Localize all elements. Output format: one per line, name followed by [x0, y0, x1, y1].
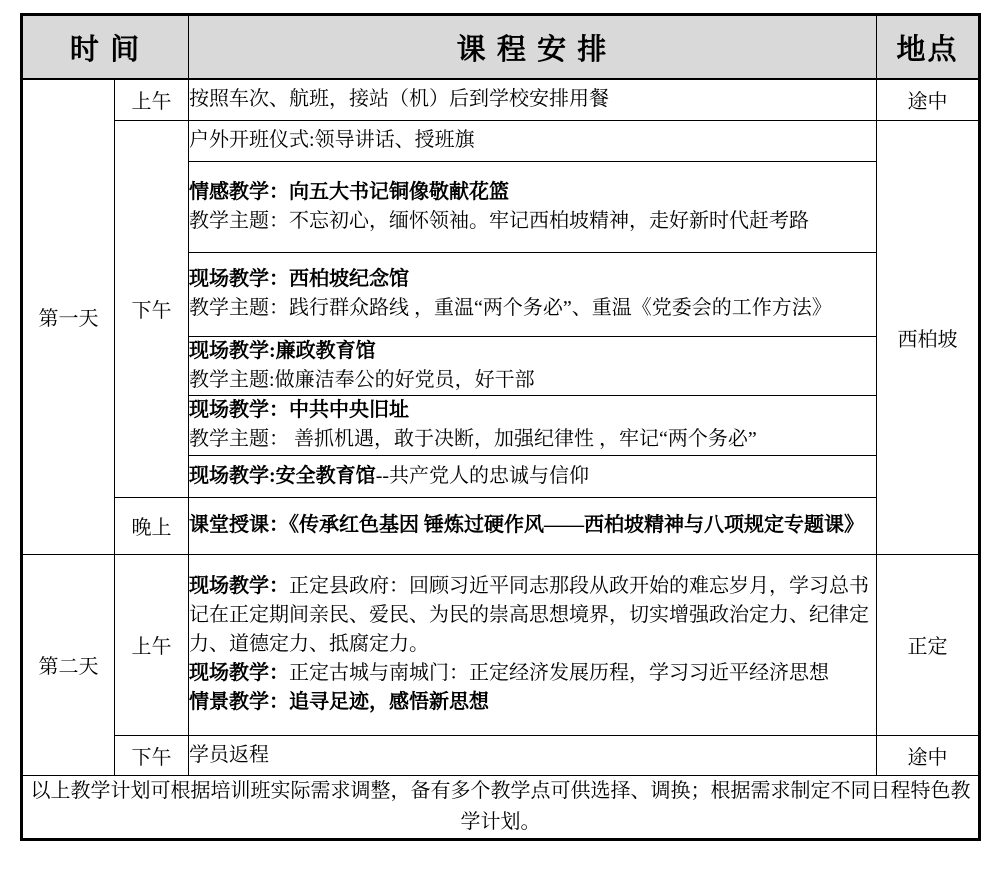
activity-desc: 户外开班仪式:领导讲话、授班旗: [189, 126, 876, 155]
day2-afternoon-period: 下午: [115, 735, 189, 775]
activity-title: 现场教学：西柏坡纪念馆: [189, 265, 876, 294]
activity-title: 现场教学:廉政教育馆: [189, 337, 876, 366]
day2-label: 第二天: [22, 554, 115, 775]
activity-line: 现场教学：正定县政府：回顾习近平同志那段从政开始的难忘岁月，学习总书记在正定期间…: [189, 572, 876, 659]
activity-line: 现场教学:安全教育馆--共产党人的忠诚与信仰: [189, 462, 876, 491]
activity-central-site: 现场教学：中共中央旧址 教学主题： 善抓机遇，敢于决断，加强纪律性 ，牢记“两个…: [189, 395, 877, 455]
activity-emotion-teaching: 情感教学：向五大书记铜像敬献花篮 教学主题：不忘初心，缅怀领袖。牢记西柏坡精神，…: [189, 161, 877, 252]
day2-morning-period: 上午: [115, 554, 189, 735]
day1-label: 第一天: [22, 79, 115, 554]
activity-desc: 教学主题： 善抓机遇，敢于决断，加强纪律性 ，牢记“两个务必”: [189, 425, 876, 454]
activity-desc: --共产党人的忠诚与信仰: [376, 465, 589, 487]
activity-title: 现场教学：中共中央旧址: [189, 396, 876, 425]
day2-afternoon-course: 学员返程: [189, 735, 877, 775]
header-location: 地点: [877, 15, 980, 80]
activity-lianzheng-hall: 现场教学:廉政教育馆 教学主题:做廉洁奉公的好党员，好干部: [189, 336, 877, 395]
day1-evening-period: 晚上: [115, 497, 189, 554]
header-course: 课 程 安 排: [189, 15, 877, 80]
activity-desc: 正定古城与南城门：正定经济发展历程，学习习近平经济思想: [289, 662, 829, 684]
location-zhengding: 正定: [877, 554, 980, 735]
activity-memorial-hall: 现场教学：西柏坡纪念馆 教学主题：践行群众路线 ，重温“两个务必”、重温《党委会…: [189, 252, 877, 336]
day1-morning-period: 上午: [115, 79, 189, 120]
header-time: 时 间: [22, 15, 189, 80]
activity-security-hall: 现场教学:安全教育馆--共产党人的忠诚与信仰: [189, 455, 877, 497]
day2-morning-course: 现场教学：正定县政府：回顾习近平同志那段从政开始的难忘岁月，学习总书记在正定期间…: [189, 554, 877, 735]
activity-desc: 教学主题：践行群众路线 ，重温“两个务必”、重温《党委会的工作方法》: [189, 294, 876, 323]
footer-note: 以上教学计划可根据培训班实际需求调整，备有多个教学点可供选择、调换；根据需求制定…: [22, 775, 980, 839]
activity-title: 现场教学:安全教育馆: [189, 465, 376, 487]
location-enroute-arrival: 途中: [877, 79, 980, 120]
activity-desc: 正定县政府：回顾习近平同志那段从政开始的难忘岁月，学习总书记在正定期间亲民、爱民…: [189, 575, 869, 655]
location-enroute-return: 途中: [877, 735, 980, 775]
location-xibaipo: 西柏坡: [877, 120, 980, 554]
activity-line: 情景教学：追寻足迹，感悟新思想: [189, 688, 876, 717]
day1-morning-course: 按照车次、航班，接站（机）后到学校安排用餐: [189, 79, 877, 120]
activity-opening-ceremony: 户外开班仪式:领导讲话、授班旗: [189, 120, 877, 161]
activity-title: 情感教学：向五大书记铜像敬献花篮: [189, 178, 876, 207]
page: 时 间 课 程 安 排 地点 第一天 上午 按照车次、航班，接站（机）后到学校安…: [0, 0, 1000, 871]
activity-lead: 情景教学：追寻足迹，感悟新思想: [189, 691, 489, 713]
schedule-table: 时 间 课 程 安 排 地点 第一天 上午 按照车次、航班，接站（机）后到学校安…: [20, 13, 981, 841]
activity-lead: 现场教学：: [189, 575, 289, 597]
activity-desc: 教学主题：不忘初心，缅怀领袖。牢记西柏坡精神，走好新时代赶考路: [189, 207, 876, 236]
day1-afternoon-period: 下午: [115, 120, 189, 497]
activity-lead: 现场教学：: [189, 662, 289, 684]
activity-evening-lecture: 课堂授课：《传承红色基因 锤炼过硬作风——西柏坡精神与八项规定专题课》: [189, 497, 877, 554]
activity-title: 课堂授课：《传承红色基因 锤炼过硬作风——西柏坡精神与八项规定专题课》: [189, 511, 876, 540]
activity-line: 现场教学：正定古城与南城门：正定经济发展历程，学习习近平经济思想: [189, 659, 876, 688]
activity-desc: 教学主题:做廉洁奉公的好党员，好干部: [189, 366, 876, 395]
